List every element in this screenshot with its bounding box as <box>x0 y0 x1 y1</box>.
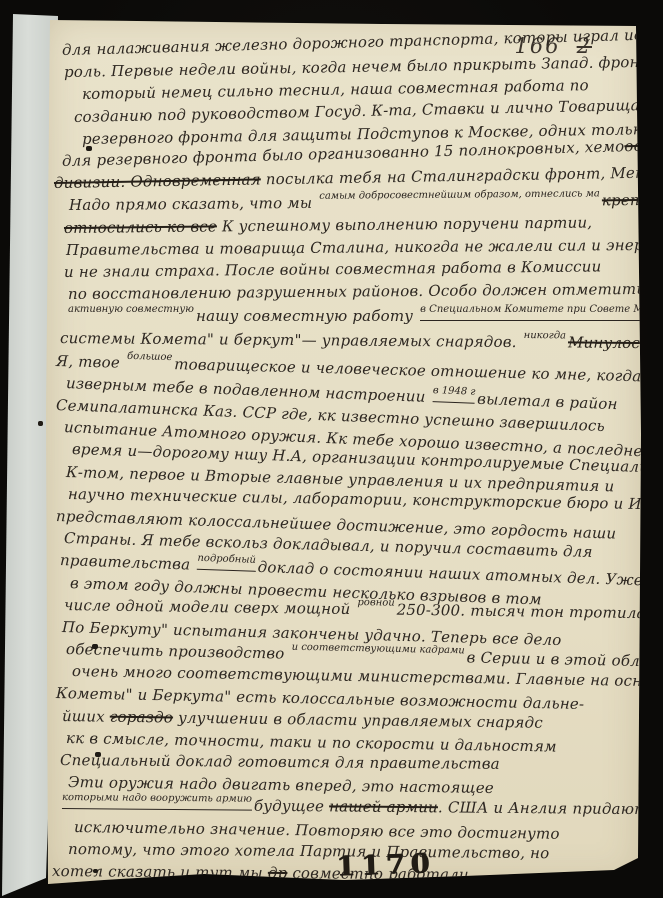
handwriting-segment: вылетал в район <box>477 390 618 413</box>
manuscript-page: 1662 для налаживания железно дорожного т… <box>44 14 644 886</box>
punch-hole-mark <box>93 869 98 873</box>
interlinear-insertion: большое <box>127 346 173 367</box>
handwriting-segment: и не знали страха. После войны совместна… <box>64 257 602 281</box>
interlinear-insertion: в 1948 г <box>432 381 475 404</box>
punch-hole-mark <box>92 644 98 649</box>
crossed-out-text: дивизии. Одновременная <box>54 171 261 193</box>
handwriting-segment: правительства <box>60 551 196 574</box>
handwriting-segment: Специальный доклад готовится для правите… <box>60 751 500 773</box>
punch-hole-mark <box>95 752 101 757</box>
interlinear-insertion: подробный <box>197 549 256 572</box>
crossed-out-text: Минулос <box>568 334 640 353</box>
punch-hole-mark <box>38 421 43 426</box>
handwriting-segment: К успешному выполнению поручени партии, <box>217 213 592 235</box>
handwriting-segment: исключительно значение. Повторяю все это… <box>74 818 560 843</box>
handwriting-segment: 250-300. тысяч тон тротила. <box>397 600 651 622</box>
interlinear-insertion: самым добросовестнейшим образом, отнесли… <box>319 185 600 207</box>
interlinear-insertion: ровной <box>357 593 395 614</box>
interlinear-insertion: никогда <box>524 326 567 346</box>
handwriting-segment: улучшении в области управляемых снарядс <box>173 708 543 731</box>
interlinear-insertion: в Специальном Комитете при Совете Минист… <box>420 300 663 321</box>
handwriting-segment: обеспечить производство <box>66 640 290 663</box>
handwriting-segment: йших <box>62 707 110 726</box>
handwriting-segment: . США и Англия придают, этому <box>438 799 663 819</box>
crossed-out-text: относились ко все <box>64 217 217 237</box>
handwriting-segment: Надо прямо сказать, что мы <box>69 194 317 214</box>
handwriting-segment: Я, твое <box>56 352 125 372</box>
interlinear-insertion: активную совместную <box>68 300 194 320</box>
handwriting-segment: нашу совместную работу <box>196 307 418 325</box>
handwriting-segment: числе одной модели сверх мощной <box>64 596 356 618</box>
punch-hole-mark <box>86 146 92 151</box>
handwriting-segment: потому, что этого хотела Партия и Правит… <box>68 840 550 862</box>
crossed-out-text: нашей армии <box>329 798 438 817</box>
handwriting-segment: Правительства и товарища Сталина, никогд… <box>66 235 663 258</box>
interlinear-insertion: и соответствующими кадрами <box>291 638 465 662</box>
handwriting-segment: будущее <box>254 797 329 816</box>
interlinear-insertion: которыми надо вооружить армию <box>62 788 252 811</box>
handwritten-text-block: для налаживания железно дорожного трансп… <box>44 40 644 883</box>
crossed-out-text: гораздо <box>110 707 174 726</box>
manuscript-line: активную совместнуюнашу совместную работ… <box>66 306 644 328</box>
